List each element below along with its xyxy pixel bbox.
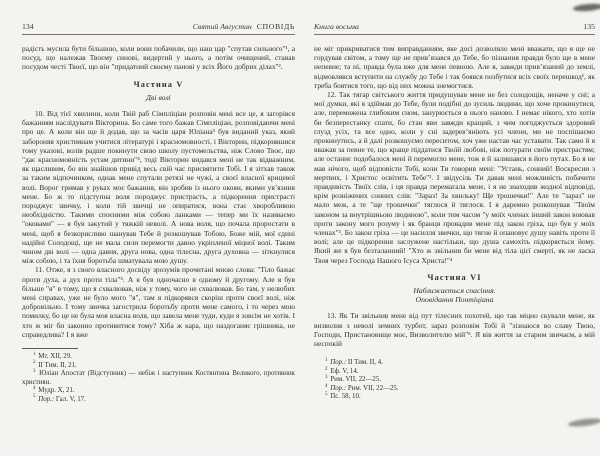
footnote-marker: 2 (325, 367, 328, 372)
footnote-marker: 3 (33, 369, 36, 374)
section-subtitle-line2: Оповідання Понтіціана (314, 295, 595, 304)
footnote-text: Рим. VII, 22—25. (348, 385, 399, 392)
footnote-separator (22, 348, 78, 349)
footnote-text: Мудр. X, 21. (38, 387, 74, 394)
footnote: 3 Юліан Апостат (Відступник) — небіж і н… (22, 370, 295, 387)
running-head-book-title: СПОВІДЬ (257, 22, 295, 31)
footnote-marker: 5 (325, 392, 328, 397)
scan-artifact (568, 417, 600, 428)
running-head-title-left: Святий АвгустинСПОВІДЬ (193, 22, 295, 31)
page-number-right: 135 (583, 22, 595, 31)
book-spread: 134 Святий АвгустинСПОВІДЬ радість мусил… (0, 0, 600, 404)
running-head-book-name: Книга восьма (314, 22, 359, 31)
footnote: 5 Пор.: Гал. V, 17. (22, 396, 295, 405)
footnote: 1 Мт. XII, 29. (22, 353, 295, 362)
book-scan: { "left_page": { "page_number": "134", "… (0, 0, 600, 456)
footnote-marker: 4 (33, 386, 36, 391)
footnotes-right: 1 Пор.: II Тим. II, 4. 2 Еф. V, 14. 3 Ри… (314, 359, 595, 402)
footnote-text: II Тим. II, 4. (348, 359, 383, 366)
paragraph-continuation-right: не міг прикриватися тим виправданням, як… (314, 44, 595, 90)
footnote-text: Рим. VII, 22—25. (330, 376, 381, 383)
footnote: 3 Рим. VII, 22—25. (314, 376, 595, 385)
running-head-left: 134 Святий АвгустинСПОВІДЬ (22, 22, 295, 35)
footnote-text: Еф. V, 14. (330, 368, 358, 375)
footnote-text: Юліан Апостат (Відступник) — небіж і нас… (22, 370, 295, 386)
running-head-author: Святий Августин (193, 22, 252, 31)
footnote-marker: 1 (325, 358, 328, 363)
footnote: 2 II Тим. II, 21. (22, 362, 295, 371)
footnotes-left: 1 Мт. XII, 29. 2 II Тим. II, 21. 3 Юліан… (22, 353, 295, 404)
section-heading-part-vi: Частина VI (314, 273, 595, 282)
running-head-right: Книга восьма 135 (314, 22, 595, 35)
paragraph-13: 13. Як Ти звільнив мене від пут тілесних… (314, 311, 595, 348)
section-subtitle-part-v: Дві волі (22, 93, 295, 102)
paragraph-continuation-left: радість мусила бути більшою, коли вони п… (22, 44, 295, 72)
footnote-text: II Тим. II, 21. (38, 362, 77, 369)
footnote-marker: 5 (33, 394, 36, 399)
footnote: 1 Пор.: II Тим. II, 4. (314, 359, 595, 368)
footnote-marker: 2 (33, 360, 36, 365)
footnote-marker: 3 (325, 375, 328, 380)
footnote-marker: 4 (325, 384, 328, 389)
paragraph-12: 12. Так тягар світського життя придушува… (314, 90, 595, 265)
page-right: Книга восьма 135 не міг прикриватися тим… (314, 22, 595, 404)
footnote-text: Пс. 58, 10. (330, 393, 360, 400)
footnote-marker: 1 (33, 352, 36, 357)
footnote: 4 Мудр. X, 21. (22, 387, 295, 396)
section-heading-part-v: Частина V (22, 80, 295, 89)
footnote: 5 Пс. 58, 10. (314, 393, 595, 402)
page-left: 134 Святий АвгустинСПОВІДЬ радість мусил… (22, 22, 295, 404)
section-subtitle-line1: Наближається спасіння. (314, 286, 595, 295)
footnote-text: Мт. XII, 29. (38, 353, 72, 360)
paragraph-11: 11. Отже, я з свого власного досвіду зро… (22, 265, 295, 339)
page-number-left: 134 (22, 22, 34, 31)
paragraph-10: 10. Від тієї хвилини, коли Твій раб Сімп… (22, 109, 295, 265)
footnote-text: Гал. V, 17. (56, 396, 86, 403)
